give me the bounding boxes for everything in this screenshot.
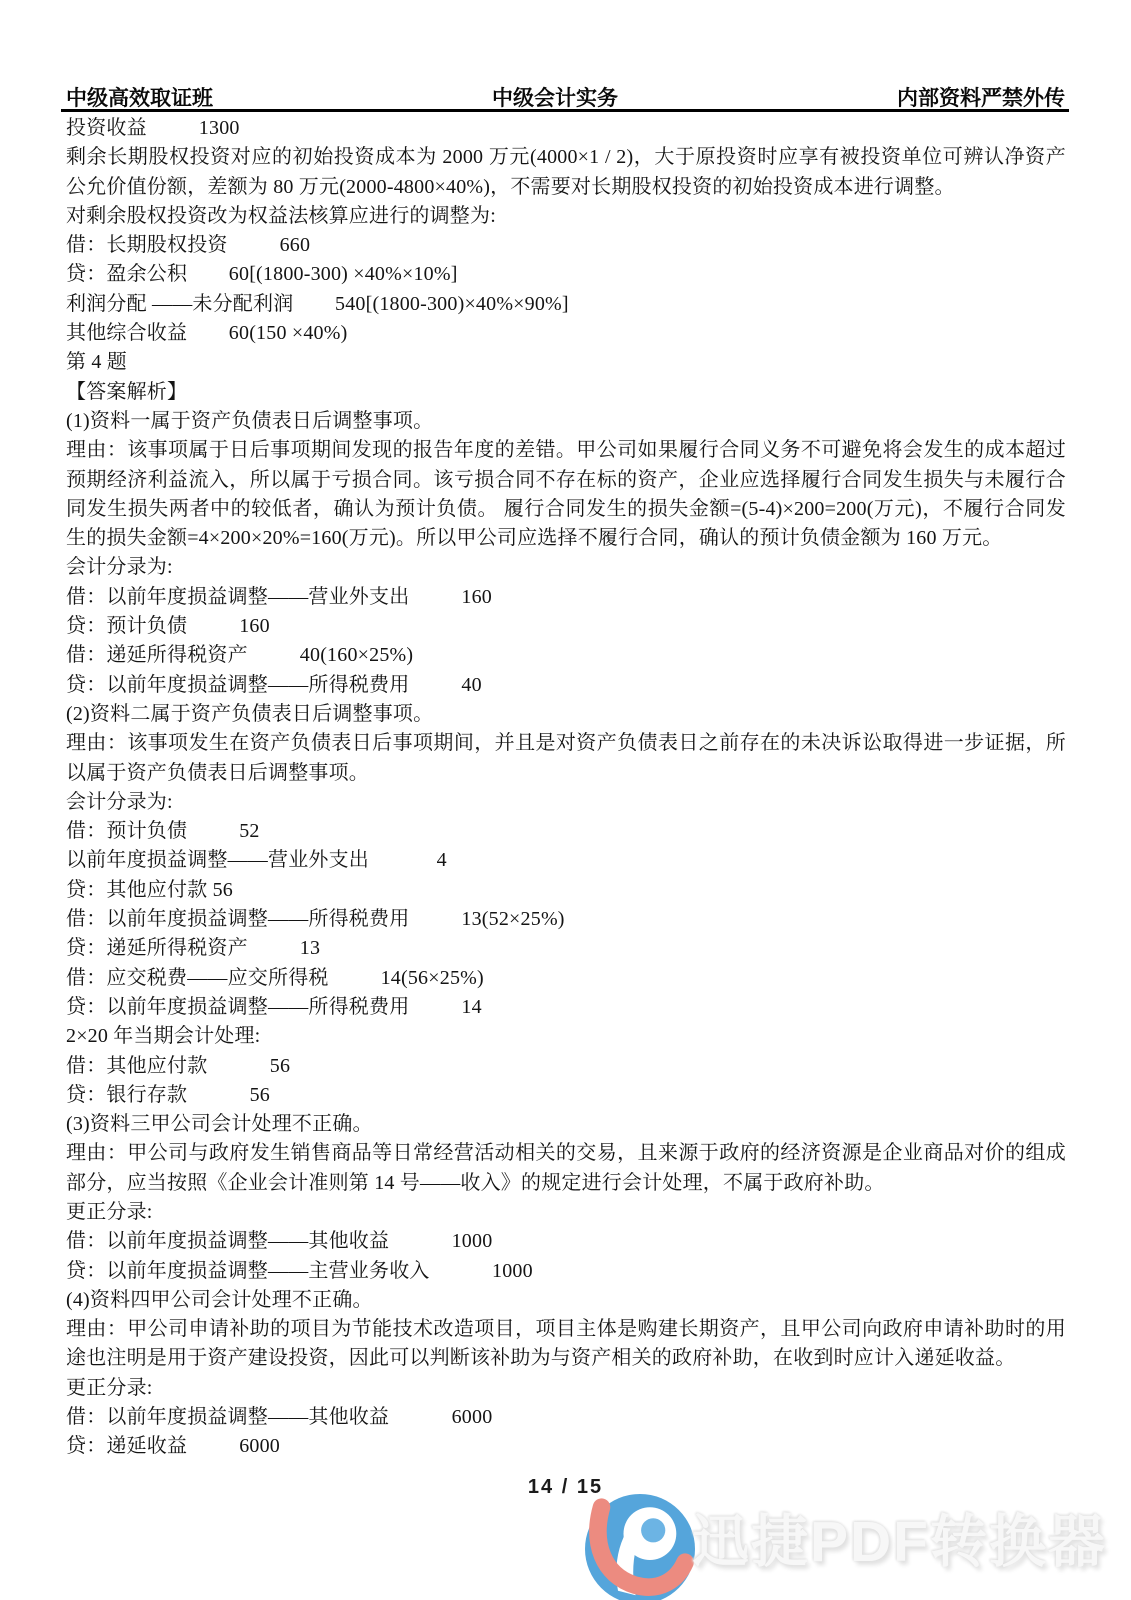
text-line: 以前年度损益调整——营业外支出 4 [66,846,1066,875]
header-left-title: 中级高效取证班 [66,82,213,112]
text-line: (2)资料二属于资产负债表日后调整事项。 [66,700,1066,729]
text-line: 借：以前年度损益调整——其他收益 1000 [66,1227,1066,1256]
text-line: 借：预计负债 52 [66,817,1066,846]
text-line: 贷：预计负债 160 [66,612,1066,641]
text-line: 贷：银行存款 56 [66,1081,1066,1110]
text-line: 借：递延所得税资产 40(160×25%) [66,641,1066,670]
text-line: (3)资料三甲公司会计处理不正确。 [66,1110,1066,1139]
document-page: 中级高效取证班 中级会计实务 内部资料严禁外传 投资收益 1300剩余长期股权投… [0,0,1131,1600]
page-header: 中级高效取证班 中级会计实务 内部资料严禁外传 [66,82,1065,112]
text-line: 投资收益 1300 [66,114,1066,143]
text-line: 第 4 题 [66,348,1066,377]
text-line: 借：其他应付款 56 [66,1052,1066,1081]
text-line: 借：以前年度损益调整——营业外支出 160 [66,583,1066,612]
header-center-title: 中级会计实务 [492,82,618,112]
text-line: 贷：以前年度损益调整——所得税费用 14 [66,993,1066,1022]
text-line: 2×20 年当期会计处理: [66,1022,1066,1051]
text-line: 借：以前年度损益调整——所得税费用 13(52×25%) [66,905,1066,934]
text-line: 贷：递延收益 6000 [66,1432,1066,1461]
watermark-text: 迅捷PDF转换器 [692,1496,1107,1578]
text-line: 贷：递延所得税资产 13 [66,934,1066,963]
text-line: 【答案解析】 [66,378,1066,407]
text-line: 借：应交税费——应交所得税 14(56×25%) [66,964,1066,993]
text-line: (1)资料一属于资产负债表日后调整事项。 [66,407,1066,436]
pdf-converter-logo-icon [585,1494,695,1600]
text-line: 借：以前年度损益调整——其他收益 6000 [66,1403,1066,1432]
text-line: 会计分录为: [66,788,1066,817]
paragraph: 剩余长期股权投资对应的初始投资成本为 2000 万元(4000×1 / 2)，大… [66,143,1066,202]
header-divider [61,109,1069,112]
paragraph: 理由：甲公司与政府发生销售商品等日常经营活动相关的交易，且来源于政府的经济资源是… [66,1139,1066,1198]
header-right-title: 内部资料严禁外传 [897,82,1065,112]
text-line: 贷：以前年度损益调整——所得税费用 40 [66,671,1066,700]
text-line: 对剩余股权投资改为权益法核算应进行的调整为: [66,202,1066,231]
text-line: 其他综合收益 60(150 ×40%) [66,319,1066,348]
text-line: 更正分录: [66,1198,1066,1227]
paragraph: 理由：该事项属于日后事项期间发现的报告年度的差错。甲公司如果履行合同义务不可避免… [66,436,1066,553]
text-line: 更正分录: [66,1374,1066,1403]
text-line: (4)资料四甲公司会计处理不正确。 [66,1286,1066,1315]
paragraph: 理由：甲公司申请补助的项目为节能技术改造项目，项目主体是购建长期资产，且甲公司向… [66,1315,1066,1374]
text-line: 贷：其他应付款 56 [66,876,1066,905]
text-line: 贷：盈余公积 60[(1800-300) ×40%×10%] [66,260,1066,289]
text-line: 借：长期股权投资 660 [66,231,1066,260]
text-line: 利润分配 ——未分配利润 540[(1800-300)×40%×90%] [66,290,1066,319]
text-line: 会计分录为: [66,553,1066,582]
text-line: 贷：以前年度损益调整——主营业务收入 1000 [66,1257,1066,1286]
paragraph: 理由：该事项发生在资产负债表日后事项期间，并且是对资产负债表日之前存在的未决诉讼… [66,729,1066,788]
document-body: 投资收益 1300剩余长期股权投资对应的初始投资成本为 2000 万元(4000… [66,114,1066,1462]
